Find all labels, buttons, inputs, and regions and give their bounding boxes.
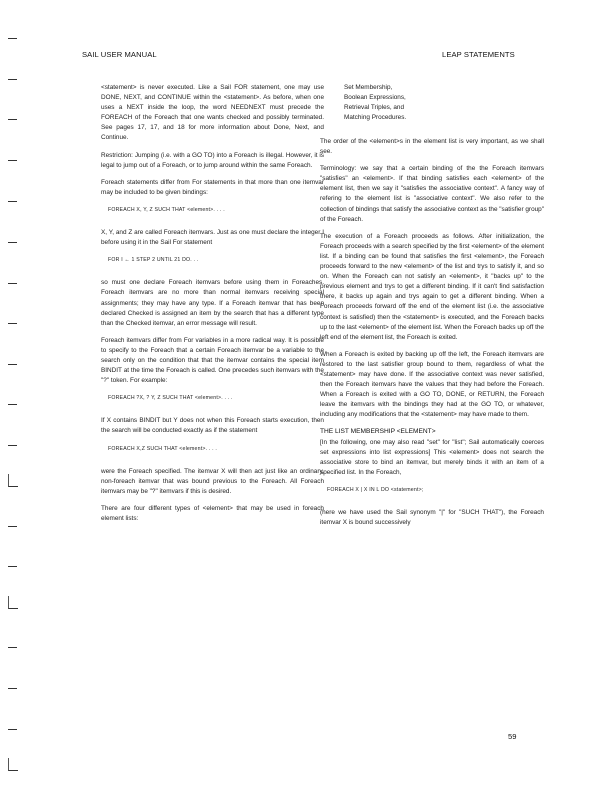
paragraph: were the Foreach specified. The itemvar … — [101, 467, 324, 497]
margin-tick — [8, 445, 17, 446]
list-item: Retrieval Triples, and — [344, 103, 544, 113]
margin-tick — [8, 404, 17, 405]
paragraph: If X contains BINDIT but Y does not when… — [101, 416, 324, 436]
margin-tick — [8, 729, 17, 730]
binding-margin-marks — [8, 0, 22, 791]
paragraph: Restriction: Jumping (i.e. with a GO TO)… — [101, 151, 324, 171]
margin-tick — [8, 323, 17, 324]
page-number: 59 — [508, 732, 516, 741]
margin-tick — [8, 283, 17, 284]
section-heading: THE LIST MEMBERSHIP <ELEMENT> — [320, 427, 544, 437]
margin-tick — [8, 566, 17, 567]
margin-tick — [8, 38, 17, 39]
code-example: FOREACH X | X IN L DO <statement>; — [327, 485, 544, 495]
paragraph: [In the following, one may also read "se… — [320, 438, 544, 478]
list-item: Set Membership, — [344, 83, 544, 93]
paragraph: <statement> is never executed. Like a Sa… — [101, 83, 324, 144]
running-head-chapter: LEAP STATEMENTS — [442, 50, 515, 59]
paragraph: so must one declare Foreach itemvars bef… — [101, 278, 324, 328]
paragraph: Foreach statements differ from For state… — [101, 178, 324, 198]
margin-tick — [8, 526, 17, 527]
paragraph: When a Foreach is exited by backing up o… — [320, 350, 544, 421]
paragraph: Terminology: we say that a certain bindi… — [320, 164, 544, 225]
margin-tick — [8, 79, 17, 80]
margin-tick — [8, 647, 17, 648]
code-example: FOREACH ?X, ? Y, Z SUCH THAT <element>. … — [108, 393, 324, 403]
margin-tick — [8, 242, 17, 243]
code-example: FOREACH X, Y, Z SUCH THAT <element>. . .… — [108, 205, 324, 215]
paragraph: (here we have used the Sail synonym "|" … — [320, 508, 544, 528]
paragraph: Foreach itemvars differ from For variabl… — [101, 336, 324, 386]
margin-bracket — [8, 596, 18, 609]
margin-tick — [8, 119, 17, 120]
paragraph: There are four different types of <eleme… — [101, 504, 324, 524]
list-item: Boolean Expressions, — [344, 93, 544, 103]
code-example: FOREACH X,Z SUCH THAT <element>. . . . — [108, 444, 324, 454]
margin-tick — [8, 160, 17, 161]
element-types-list: Set Membership, Boolean Expressions, Ret… — [344, 83, 544, 123]
paragraph: X, Y, and Z are called Foreach itemvars.… — [101, 228, 324, 248]
manual-page: SAIL USER MANUAL LEAP STATEMENTS <statem… — [0, 0, 612, 791]
margin-bracket — [8, 474, 18, 487]
margin-tick — [8, 364, 17, 365]
left-column: <statement> is never executed. Like a Sa… — [101, 83, 324, 531]
margin-bracket — [8, 758, 18, 771]
list-item: Matching Procedures. — [344, 113, 544, 123]
paragraph: The order of the <element>s in the eleme… — [320, 137, 544, 157]
running-head-title: SAIL USER MANUAL — [82, 50, 157, 59]
paragraph: The execution of a Foreach proceeds as f… — [320, 232, 544, 343]
margin-tick — [8, 688, 17, 689]
right-column: Set Membership, Boolean Expressions, Ret… — [320, 83, 544, 535]
code-example: FOR I ← 1 STEP 2 UNTIL 21 DO. . . — [108, 255, 324, 265]
margin-tick — [8, 201, 17, 202]
